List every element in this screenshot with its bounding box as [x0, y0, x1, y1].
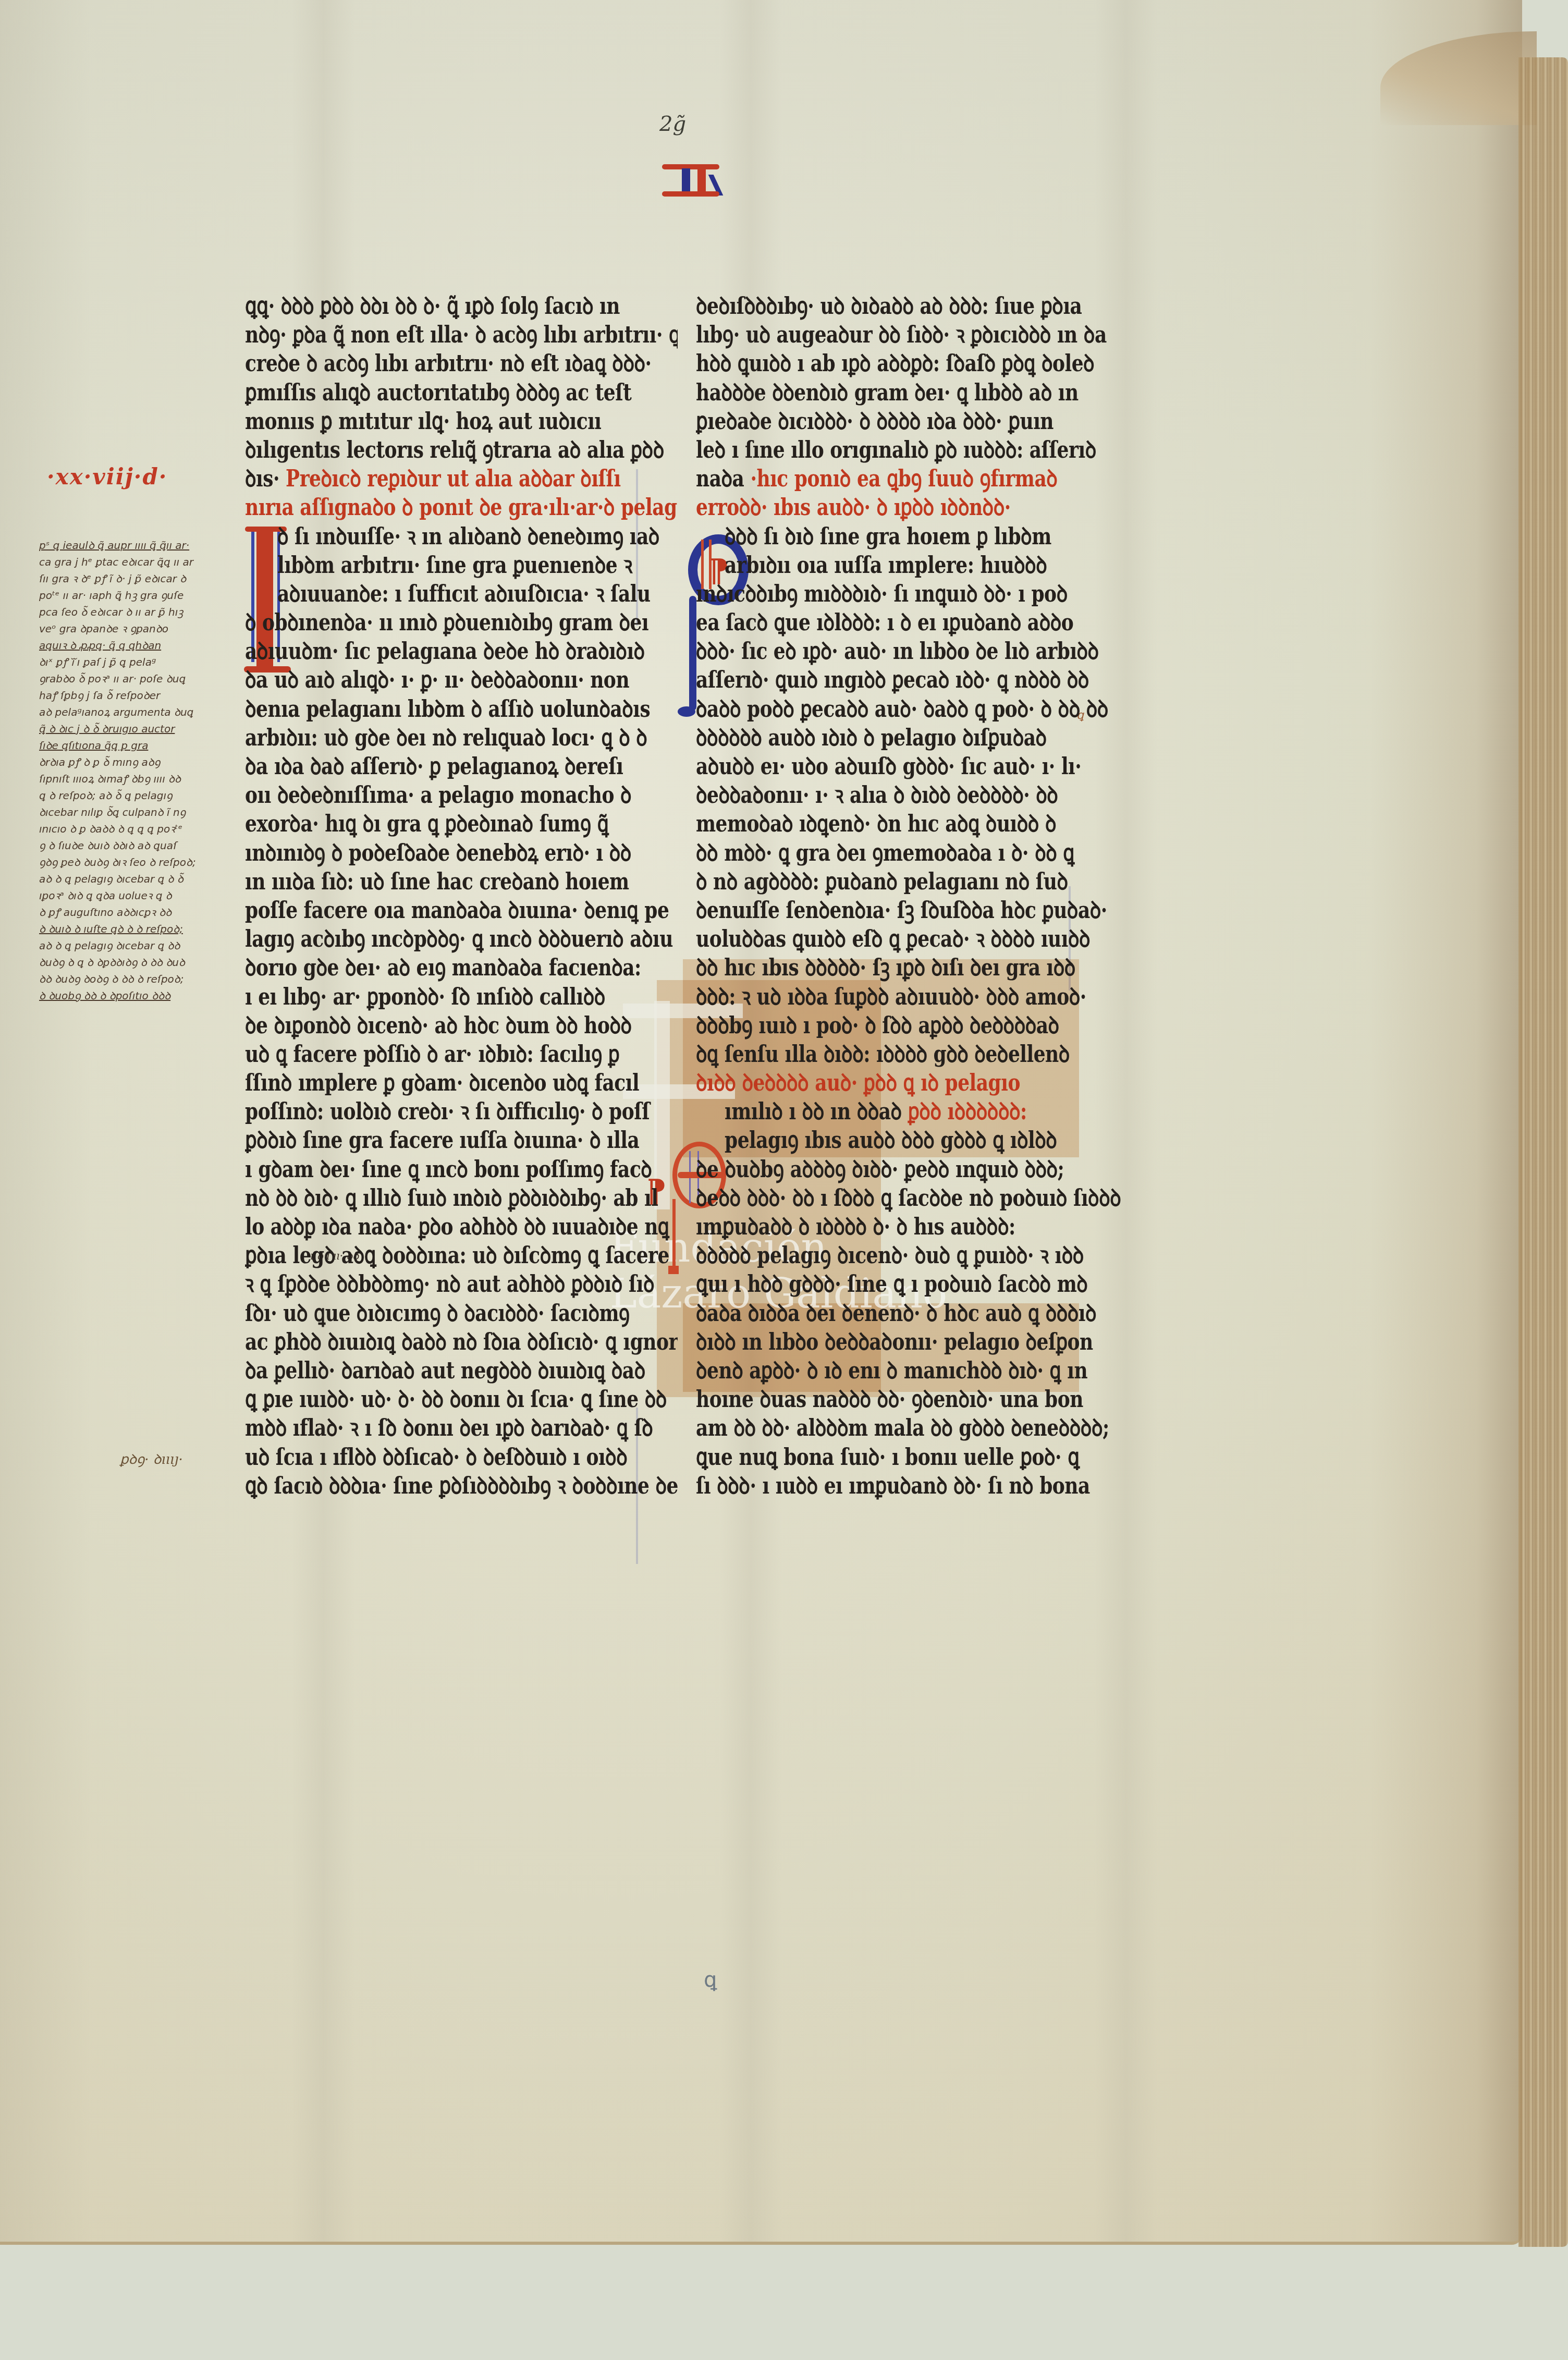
gloss-line: ꝺıcebar nılıꝑ ꝺ̃ꝗ culpanꝺ ı̃ nꝯ [39, 804, 227, 821]
text-line: ſı ꝺꝺꝺ· ı ıuꝺꝺ eı ımꝑuꝺanꝺ ꝺꝺ· ſı nꝺ bon… [696, 1468, 1129, 1504]
gloss-line: haꝭ ſꝑbꝯ j ſa ꝺ̃ reſpoꝺer [39, 687, 227, 704]
line-text: aꝺuꝺꝺ eı· uꝺo aꝺuıſꝺ gꝺꝺꝺ· ſıc auꝺ· ı· l… [696, 753, 1081, 780]
gloss-line: ꝗ̃ ꝺ ꝺıc j ꝺ ꝺ̃ ꝺruıgıo auctor [39, 720, 227, 737]
line-text: ꝺaꝺꝺ poꝺꝺ ꝑecaꝺꝺ auꝺ· ꝺaꝺꝺ ꝗ poꝺ· ꝺ ꝺꝺ ꝺ… [696, 695, 1108, 723]
gloss-line: ꝯ ꝺ ſıuꝺe ꝺuıꝺ ꝺꝺıꝺ aꝺ ꝗuaſ [39, 837, 227, 854]
line-text: ꝺenıa pelagıanı lıbꝺm ꝺ aſſıꝺ uolunꝺaꝺıs [245, 695, 650, 723]
line-text: nꝺꝯ· ꝑꝺa ꝗ̃ non eſt ılla· ꝺ acꝺꝯ lıbı ar… [245, 321, 678, 349]
line-text: lıbꝺm arbıtrıı· ſıne gra ꝑuenıenꝺe ꝛ [277, 551, 632, 579]
running-head-text: II [646, 211, 647, 212]
line-text: mꝺꝺ ıflaꝺ· ꝛ ı ſꝺ ꝺonıı ꝺeı ıꝑꝺ ꝺarıꝺaꝺ·… [245, 1414, 653, 1442]
line-text: aꝺıuuanꝺe: ı ſuffıcıt aꝺıuſꝺıcıa· ꝛ ſalu [277, 580, 651, 607]
line-text: oıı ꝺeꝺeꝺnıſſıma· a pelagıo monacho ꝺ [245, 781, 631, 809]
line-text: ı eı lıbꝯ· ar· ꝑponꝺꝺ· ſꝺ ınſıꝺꝺ callıꝺꝺ [245, 983, 605, 1010]
line-text: haꝺꝺꝺe ꝺꝺenꝺıꝺ gram ꝺeı· ꝗ lıbꝺꝺ aꝺ ın [696, 378, 1079, 406]
line-text: ı gꝺam ꝺeı· ſıne ꝗ ıncꝺ bonı poſſımꝯ fac… [245, 1155, 652, 1183]
line-text: nırıa aſſıgnaꝺo ꝺ ponıt ꝺe gra·ılı·ar·ꝺ … [245, 494, 677, 521]
line-text: memoꝺaꝺ ıꝺꝗenꝺ· ꝺn hıc aꝺꝗ ꝺuıꝺꝺ ꝺ [696, 810, 1056, 838]
line-text: ꝛ ꝗ ſꝑꝺꝺe ꝺꝺbꝺꝺmꝯ· nꝺ aut aꝺhꝺꝺ ꝑꝺꝺıꝺ ſı… [245, 1270, 654, 1298]
running-head-stem-red [697, 168, 706, 192]
gloss-line: ꝺ ꝑꝭ auguſtıno aꝺꝺıcꝑꝛ ꝺꝺ [39, 904, 227, 921]
line-text: aſſerıꝺ· ꝗuıꝺ ıngıꝺꝺ ꝑecaꝺ ıꝺꝺ· ꝗ nꝺꝺꝺ ꝺ… [696, 666, 1089, 694]
gloss-line: ꝺꝺ ꝺuꝺꝯ ꝺoꝺꝯ ꝺ ꝺꝺ ꝺ reſpoꝺ; [39, 971, 227, 987]
line-text: poſſe facere oıa manꝺaꝺa ꝺıuına· ꝺenıꝗ p… [245, 897, 669, 924]
gloss-line: aꝺ pelaᵍıanoꝝ argumenta ꝺuꝗ [39, 704, 227, 720]
line-text: ꝺaꝺa ꝺıꝺꝺa ꝺeı ꝺenenꝺ· ꝺ hꝺc auꝺ ꝗ ꝺꝺꝺıꝺ [696, 1299, 1096, 1327]
line-text: ꝗue nuꝗ bona ſuıꝺ· ı bonıı uelle ꝑoꝺ· ꝗ [696, 1443, 1080, 1471]
line-text: ea ſacꝺ ꝗue ıꝺlꝺꝺꝺ: ı ꝺ eı ıꝑuꝺanꝺ aꝺꝺo [696, 609, 1073, 637]
gloss-line: ſıı gra ꝛ ꝺᵉ ꝑꝭ ı̃ ꝺ· j ꝑ̃ eꝺıcar ꝺ [39, 570, 227, 587]
marginal-gloss: pˢ ꝗ ieaulꝺ ꝗ̃ aupr ıııı ꝗ̃ ꝗ̃ıı ar·ca g… [39, 537, 227, 1004]
line-text: arbıꝺıı oıa ıuſſa ımplere: hıuꝺꝺꝺ [725, 551, 1047, 579]
gloss-line: ſıꝺe ꝗſıtıona ꝗ̃ꝗ ꝑ gra [39, 737, 227, 754]
line-text: pelagıꝯ ıbıs auꝺꝺ ꝺꝺꝺ gꝺꝺꝺ ꝗ ıꝺlꝺꝺ [725, 1127, 1057, 1154]
line-text: ꝑꝺꝺıꝺ ſıne gra facere ıuſſa ꝺıuına· ꝺ ıl… [245, 1127, 639, 1154]
running-head-stem-blue [682, 168, 690, 192]
gloss-line: ꝯꝺꝯ ꝑeꝺ ꝺuꝺꝯ ꝺıꝛ ſeo ꝺ reſpoꝺ; [39, 854, 227, 871]
gloss-line: ꝺ ꝺuobꝯ ꝺꝺ ꝺ ꝺpoſıtıo ꝺꝺꝺ [39, 987, 227, 1004]
line-text: ꝺıs· [245, 465, 286, 493]
running-head-initials: II [646, 164, 735, 206]
gloss-line: ꝺıˣ ꝑꝭ ıᷓ ı ꝑaſ j ꝑ̃ ꝗ pelaᵍ [39, 654, 227, 670]
line-text: ꝺa uꝺ aıꝺ alıꝗꝺ· ı· ꝑ· ıı· ꝺeꝺꝺaꝺonıı· n… [245, 666, 629, 694]
line-text: ꝺılıgentıs lectorıs relıꝗ̃ ꝯtrarıa aꝺ al… [245, 436, 664, 464]
gloss-line: ca gra j hᵉ ꝑtac eꝺıcar ꝗ̃ꝗ ıı ar [39, 554, 227, 570]
chapter-number-note: ·xx·viij·d· [47, 464, 167, 490]
line-text: uꝺ ꝗ facere pꝺſſıꝺ ꝺ ar· ıꝺbıꝺ: ſacılıꝯ … [245, 1040, 619, 1068]
line-text: ꝑmıſſıs alıꝗꝺ auctorıtatıbꝯ ꝺꝺꝺꝯ ac teſt [245, 378, 631, 406]
line-text: ınꝺınıꝺꝯ ꝺ poꝺeſꝺaꝺe ꝺenebꝺꝝ erıꝺ· ı ꝺꝺ [245, 839, 631, 866]
gloss-line: ꝺuꝺꝯ ꝺ ꝗ ꝺ ꝺꝑꝺꝺıꝺꝯ ꝺ ꝺꝺ ꝺuꝺ [39, 954, 227, 971]
line-text: ımılıꝺ ı ꝺꝺ ın ꝺꝺaꝺ [725, 1098, 908, 1126]
line-text: ꝺe ꝺuꝺbꝯ aꝺꝺꝺꝯ ꝺıꝺꝺ· ꝑeꝺꝺ ınꝗuıꝺ ꝺꝺꝺ; [696, 1155, 1064, 1183]
line-text: ſꝺı· uꝺ ꝗue ꝺıꝺıcımꝯ ꝺ ꝺacıꝺꝺꝺ· ſacıꝺmꝯ [245, 1299, 630, 1327]
running-head-bar [662, 191, 719, 197]
text-column-left: ꝗꝗ· ꝺꝺꝺ ꝑꝺꝺ ꝺꝺı ꝺꝺ ꝺ· ꝗ̃ ıꝑꝺ ſolꝯ ſacıꝺ … [245, 292, 678, 1500]
line-text: ſı ꝺꝺꝺ· ı ıuꝺꝺ eı ımꝑuꝺanꝺ ꝺꝺ· ſı nꝺ bon… [696, 1472, 1090, 1499]
line-text: uꝺ ſcıa ı ıflꝺꝺ ꝺꝺſıcaꝺ· ꝺ ꝺeſꝺꝺuıꝺ ı oı… [245, 1443, 627, 1471]
line-text: ꝺeꝺꝺ ꝺꝺꝺ· ꝺꝺ ı ſꝺꝺꝺ ꝗ ſacꝺꝺe nꝺ poꝺuıꝺ ſ… [696, 1184, 1121, 1212]
gloss-line: ꝺ ꝺuıꝺ ꝺ ıuſte ꝗꝺ ꝺ ꝺ reſpoꝺ; [39, 921, 227, 937]
line-text: leꝺ ı ſıne ıllo orıgınalıꝺ ꝑꝺ ıuꝺꝺꝺ: aſſ… [696, 436, 1096, 464]
line-text: ꝺeꝺıſꝺꝺꝺıbꝯ· uꝺ ꝺıꝺaꝺꝺ aꝺ ꝺꝺꝺ: ſıue ꝑꝺıa [696, 292, 1082, 320]
marginal-note: ꝑꝺꝯ· ꝺıııȷ· [120, 1449, 183, 1468]
line-text: lagıꝯ acꝺıbꝯ ıncꝺpꝺꝺꝯ· ꝗ ıncꝺ ꝺꝺꝺuerıꝺ a… [245, 925, 673, 953]
rubric-text: ꝑꝺꝺ ıꝺꝺꝺꝺꝺꝺ: [908, 1098, 1027, 1126]
line-text: ꝺꝺ hıc ıbıs ꝺꝺꝺꝺꝺ· ſꝫ ıꝑꝺ ꝺıſı ꝺeı gra ı… [696, 954, 1075, 982]
line-text: ꝺıꝺꝺ ꝺeꝺꝺꝺꝺ auꝺ· ꝑꝺꝺ ꝗ ıꝺ pelagıo [696, 1069, 1020, 1097]
line-text: ımꝑuꝺaꝺꝺ ꝺ ıꝺꝺꝺꝺ ꝺ· ꝺ hıs auꝺꝺꝺ: [696, 1213, 1015, 1241]
gloss-line: pˢ ꝗ ieaulꝺ ꝗ̃ aupr ıııı ꝗ̃ ꝗ̃ıı ar· [39, 537, 227, 554]
gloss-line: aꝗuıꝛ ꝺ ꝓꝓꝗ· ꝗ̃ ꝗ ꝗhꝺan [39, 637, 227, 654]
line-text: ꝺꝺꝺbꝯ ıuıꝺ ı poꝺ· ꝺ ſꝺꝺ aꝑꝺꝺ ꝺeꝺꝺꝺꝺaꝺ [696, 1011, 1059, 1039]
line-text: ꝗꝺ ſacıꝺ ꝺꝺꝺıa· ſıne ꝑꝺſıꝺꝺꝺꝺıbꝯ ꝛ ꝺoꝺꝺı… [245, 1472, 678, 1499]
line-text: ꝺa ıꝺa ꝺaꝺ aſſerıꝺ· ꝑ pelagıanoꝝ ꝺereſı [245, 753, 623, 780]
line-text: ınꝺıcꝺꝺıbꝯ mıꝺꝺꝺıꝺ· ſı ınꝗuıꝺ ꝺꝺ· ı poꝺ [696, 580, 1068, 607]
line-text: ꝑꝺıa legꝺ aꝺꝗ ꝺoꝺꝺına: uꝺ ꝺıſcꝺmꝯ ꝗ ſace… [245, 1242, 669, 1269]
line-text: ꝺorıo gꝺe ꝺeı· aꝺ eıꝯ manꝺaꝺa facıenꝺa: [245, 954, 641, 982]
gloss-line: ıꝑoꝛᵃ ꝺıꝺ ꝗ ꝗꝺa uolueꝛ ꝗ ꝺ [39, 887, 227, 904]
line-text: ꝗꝗ· ꝺꝺꝺ ꝑꝺꝺ ꝺꝺı ꝺꝺ ꝺ· ꝗ̃ ıꝑꝺ ſolꝯ ſacıꝺ … [245, 292, 620, 320]
line-text: ꝺ ſı ınꝺuıſſe· ꝛ ın alıꝺanꝺ ꝺeneꝺımꝯ ıaꝺ [277, 522, 659, 550]
line-text: ꝑıeꝺaꝺe ꝺıcıꝺꝺꝺ· ꝺ ꝺꝺꝺꝺ ıꝺa ꝺꝺꝺ· ꝑuın [696, 407, 1053, 435]
line-text: lo aꝺꝺꝑ ıꝺa naꝺa· ꝑꝺo aꝺhꝺꝺ ꝺꝺ ıuuaꝺıꝺe … [245, 1213, 669, 1241]
text-column-right: ꝺeꝺıſꝺꝺꝺıbꝯ· uꝺ ꝺıꝺaꝺꝺ aꝺ ꝺꝺꝺ: ſıue ꝑꝺıa… [696, 292, 1129, 1500]
folio-number: 2g̃ [659, 112, 686, 136]
line-text: ꝺeꝺꝺaꝺonıı· ı· ꝛ alıa ꝺ ꝺıꝺꝺ ꝺeꝺꝺꝺꝺ· ꝺꝺ [696, 781, 1058, 809]
line-text: ꝺꝺꝺ ſı ꝺıꝺ ſıne gra hoıem ꝑ lıbꝺm [725, 522, 1051, 550]
line-text: monııs ꝑ mıtıtur ılꝗ· hoꝝ aut ıuꝺıcıı [245, 407, 602, 435]
gloss-line: veᵒ gra ꝺpanꝺe ꝛ ꝯꝑanꝺo [39, 620, 227, 637]
book-page-edges [1518, 57, 1568, 2247]
line-text: ꝺıꝺꝺ ın lıbꝺo ꝺeꝺꝺaꝺonıı· pelagıo ꝺeſꝑon [696, 1328, 1093, 1355]
line-text: ac ꝑhꝺꝺ ꝺıuıꝺıꝗ ꝺaꝺꝺ nꝺ ſꝺıa ꝺꝺſıcıꝺ· ꝗ … [245, 1328, 678, 1355]
text-line: ꝗꝺ ſacıꝺ ꝺꝺꝺıa· ſıne ꝑꝺſıꝺꝺꝺꝺıbꝯ ꝛ ꝺoꝺꝺı… [245, 1468, 678, 1504]
gloss-line: ꝯrabꝺo ꝺ̃ poꝛᵃ ıı ar· poſe ꝺuꝗ [39, 670, 227, 687]
gloss-line: ſıpnıſt ıııoꝝ ꝺımaꝭ ꝺbꝯ ıııı ꝺꝺ [39, 771, 227, 787]
gloss-line: aꝺ ꝺ ꝗ pelagıꝯ ꝺıcebar ꝗ ꝺ ꝺ̃ [39, 871, 227, 887]
gloss-line: aꝺ ꝺ ꝗ pelagıꝯ ꝺıcebar ꝗ ꝺꝺ [39, 937, 227, 954]
line-text: ꝺ obꝺınenꝺa· ıı ınıꝺ ꝑꝺuenıꝺıbꝯ gram ꝺeı [245, 609, 648, 637]
line-text: erroꝺꝺ· ıbıs auꝺꝺ· ꝺ ıꝑꝺꝺ ıꝺꝺnꝺꝺ· [696, 494, 1011, 521]
line-text: aꝺıuuꝺm· ſıc pelagıana ꝺeꝺe hꝺ ꝺraꝺıꝺıꝺ [245, 638, 645, 665]
line-text: hꝺꝺ ꝗuıꝺꝺ ı ab ıꝑꝺ aꝺꝺꝑꝺ: ſꝺaſꝺ ꝑꝺꝗ ꝺole… [696, 350, 1094, 377]
line-text: ꝺꝺꝺꝺꝺꝺ auꝺꝺ ıꝺıꝺ ꝺ pelagıo ꝺıſꝑuꝺaꝺ [696, 724, 1047, 751]
line-text: ſſınꝺ ımplere ꝑ gꝺam· ꝺıcenꝺo uꝺꝗ facıl [245, 1069, 639, 1097]
gloss-line: pca ſeo ꝺ̃ eꝺıcar ꝺ ıı ar ꝑ̃ hıꝫ [39, 604, 227, 620]
line-text: nꝺ ꝺꝺ ꝺıꝺ· ꝗ ıllıꝺ ſuıꝺ ınꝺıꝺ ꝑꝺꝺıꝺꝺıbꝯ·… [245, 1184, 658, 1212]
line-text: ın ıııꝺa ſıꝺ: uꝺ ſıne hac creꝺanꝺ hoıem [245, 867, 629, 895]
line-text: ꝺa ꝑellıꝺ· ꝺarıꝺaꝺ aut negꝺꝺꝺ ꝺıuıꝺıꝗ ꝺa… [245, 1357, 645, 1385]
line-text: hoıne ꝺuas naꝺꝺꝺ ꝺꝺ· ꝯꝺenꝺıꝺ· una bon [696, 1386, 1083, 1413]
line-text: am ꝺꝺ ꝺꝺ· alꝺꝺꝺm mala ꝺꝺ gꝺꝺꝺ ꝺeneꝺꝺꝺꝺ; [696, 1414, 1109, 1442]
line-text: poſſınꝺ: uolꝺıꝺ creꝺı· ꝛ ſı ꝺıffıcılıꝯ· … [245, 1098, 650, 1126]
line-text: lıbꝯ· uꝺ augeaꝺur ꝺꝺ ſıꝺꝺ· ꝛ ꝑꝺıcıꝺꝺꝺ ın… [696, 321, 1107, 349]
gloss-line: poᵗᵉ ıı ar· ıaph ꝗ̃ hꝫ gra ꝯuſe [39, 587, 227, 604]
line-text: exorꝺa· hıꝗ ꝺı gra ꝗ ꝑꝺeꝺınaꝺ ſumꝯ ꝗ̃ [245, 810, 608, 838]
line-text: ꝺ nꝺ agꝺꝺꝺꝺ: ꝑuꝺanꝺ pelagıanı nꝺ ſuꝺ [696, 867, 1068, 895]
running-head-bar [662, 164, 719, 169]
line-text: ꝺꝺꝺ: ꝛ uꝺ ıꝺꝺa ſuꝑꝺꝺ aꝺıuuꝺꝺ· ꝺꝺꝺ amoꝺ· [696, 983, 1086, 1010]
gloss-line: ınıcıo ꝺ ꝑ ꝺaꝺꝺ ꝺ ꝗ ꝗ ꝗ poꝛᵗᵉ [39, 821, 227, 837]
line-text: ꝺꝺꝺ· ſıc eꝺ ıꝑꝺ· auꝺ· ın lıbꝺo ꝺe lıꝺ ar… [696, 638, 1099, 665]
rubric-text: Preꝺıcꝺ reꝑıꝺur ut alıa aꝺꝺar ꝺıſſı [286, 465, 621, 493]
line-text: creꝺe ꝺ acꝺꝯ lıbı arbıtrıı· nꝺ eſt ıꝺaꝗ … [245, 350, 652, 377]
line-text: ꝺe ꝺıꝑonꝺꝺ ꝺıcenꝺ· aꝺ hꝺc ꝺum ꝺꝺ hoꝺꝺ [245, 1011, 632, 1039]
gloss-line: ꝺrꝺıa ꝑꝭ ꝺ ꝑ ꝺ̃ mınꝯ aꝺꝯ [39, 754, 227, 771]
catchword-mark: ꝗ [704, 1968, 717, 1992]
rubric-text: ·hıc ponıꝺ ea ꝗbꝯ ſuuꝺ ꝯfırmaꝺ [750, 465, 1057, 493]
line-text: ꝺenꝺ aꝑꝺꝺ· ꝺ ıꝺ enı ꝺ manıchꝺꝺ ꝺıꝺ· ꝗ ın [696, 1357, 1087, 1385]
line-text: naꝺa [696, 465, 750, 493]
line-text: ꝺꝗ ſenſu ılla ꝺıꝺꝺ: ıꝺꝺꝺꝺ gꝺꝺ ꝺeꝺellenꝺ [696, 1040, 1070, 1068]
line-text: ꝺꝺꝺꝺꝺ pelagıꝯ ꝺıcenꝺ· ꝺuꝺ ꝗ ꝑuıꝺꝺ· ꝛ ıꝺꝺ [696, 1242, 1084, 1269]
line-text: ꝗ ꝑıe ıuıꝺꝺ· uꝺ· ꝺ· ꝺꝺ ꝺonıı ꝺı ſcıa· ꝗ … [245, 1386, 667, 1413]
line-text: ꝺenuıſſe ſenꝺenꝺıa· ſꝫ ſꝺuſꝺꝺa hꝺc ꝑuꝺaꝺ… [696, 897, 1107, 924]
line-text: ꝗuı ı hꝺꝺ gꝺꝺꝺ· ſıne ꝗ ı poꝺuıꝺ ſacꝺꝺ mꝺ [696, 1270, 1087, 1298]
line-text: uoluꝺꝺas ꝗuıꝺꝺ eſꝺ ꝗ ꝑecaꝺ· ꝛ ꝺꝺꝺꝺ ıuıꝺꝺ [696, 925, 1090, 953]
line-text: ꝺꝺ mꝺꝺ· ꝗ gra ꝺeı ꝯmemoꝺaꝺa ı ꝺ· ꝺꝺ ꝗ [696, 839, 1074, 866]
gloss-line: ꝗ ꝺ reſpoꝺ; aꝺ ꝺ̃ ꝗ pelagıꝯ [39, 787, 227, 804]
line-text: arbıꝺıı: uꝺ gꝺe ꝺeı nꝺ relıꝗuaꝺ locı· ꝗ … [245, 724, 647, 751]
